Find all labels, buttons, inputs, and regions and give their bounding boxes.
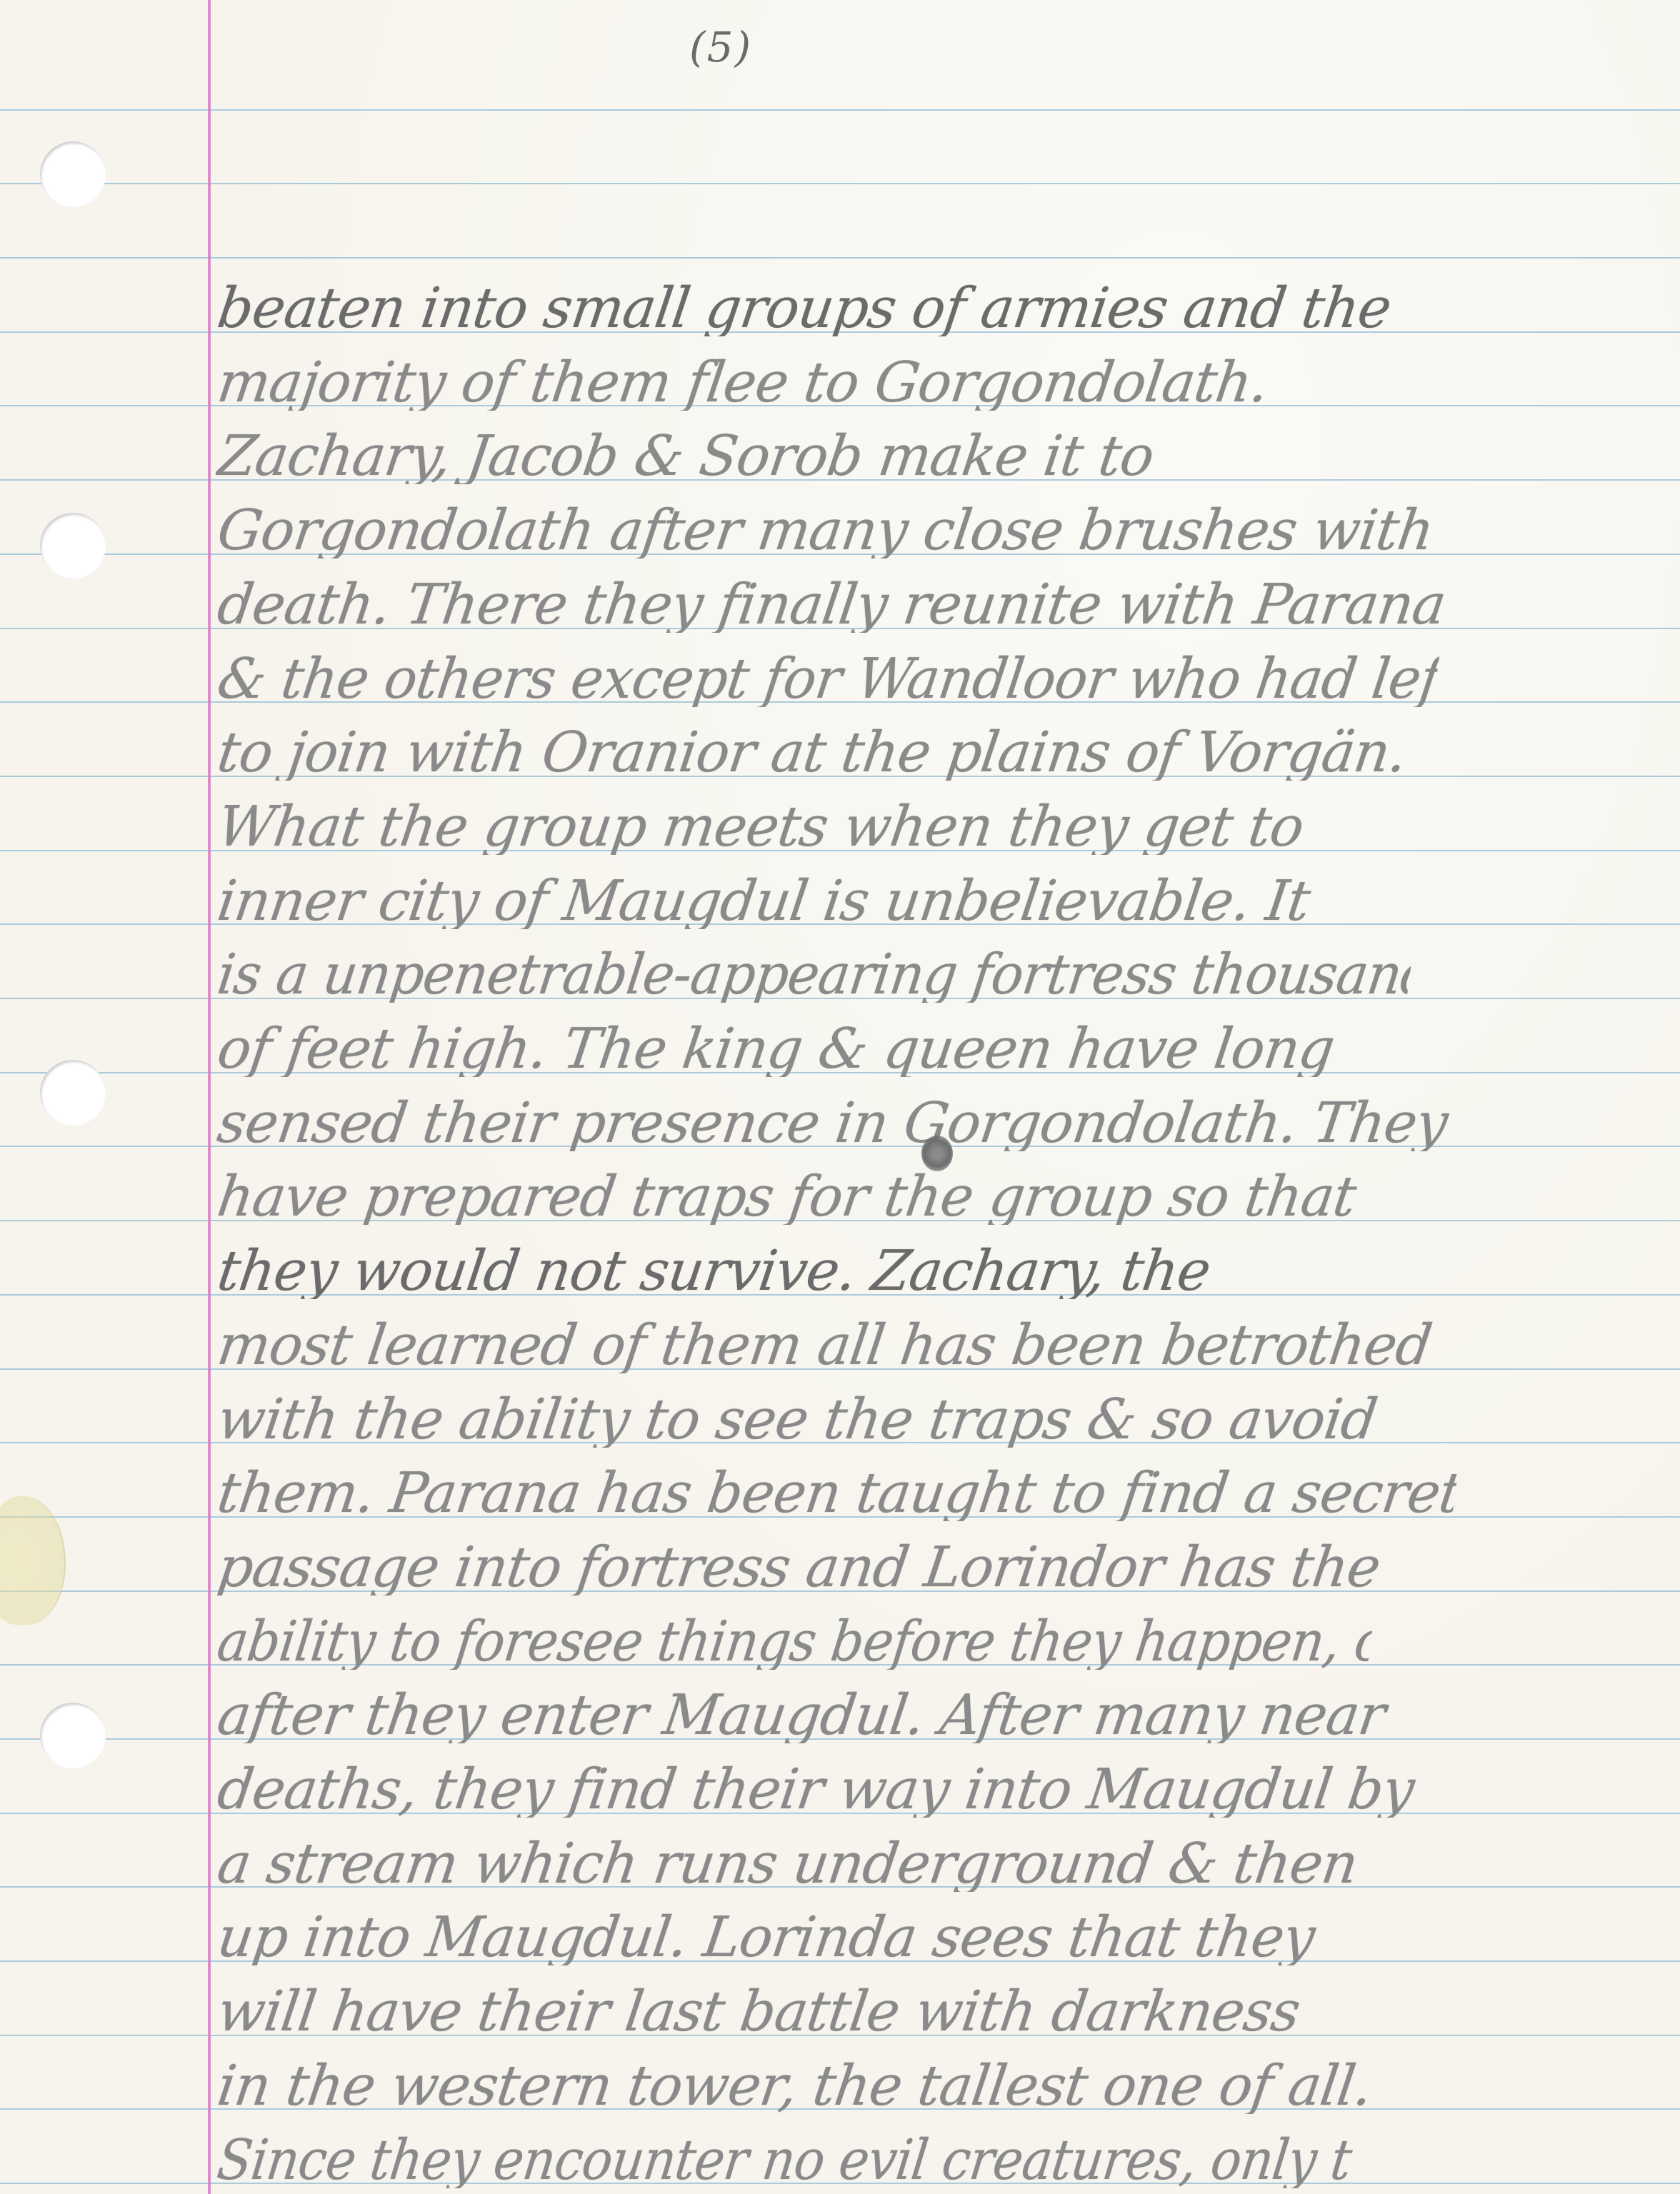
binder-hole	[40, 513, 106, 578]
text-line: they would not survive. Zachary, the	[214, 1243, 1465, 1299]
text-line: & the others except for Wandloor who had…	[214, 651, 1440, 707]
binder-hole	[40, 141, 106, 207]
text-line: them. Parana has been taught to find a s…	[214, 1466, 1459, 1521]
text-line: inner city of Maugdul is unbelievable. I…	[214, 873, 1465, 929]
text-line: with the ability to see the traps & so a…	[214, 1392, 1465, 1448]
notebook-page: (5) beaten into small groups of armies a…	[0, 0, 1680, 2194]
text-line: sensed their presence in Gorgondolath. T…	[214, 1096, 1465, 1151]
text-line: Since they encounter no evil creatures, …	[214, 2133, 1355, 2188]
margin-line	[208, 0, 211, 2194]
text-line: What the group meets when they get to	[214, 799, 1465, 855]
text-line: after they enter Maugdul. After many nea…	[214, 1688, 1465, 1743]
text-line: Gorgondolath after many close brushes wi…	[214, 503, 1465, 558]
binder-hole	[40, 1060, 106, 1126]
rule-line	[0, 109, 1680, 111]
binder-hole	[40, 1703, 106, 1768]
water-stain	[0, 1496, 66, 1625]
pencil-smudge	[921, 1136, 953, 1171]
text-line: up into Maugdul. Lorinda sees that they	[214, 1910, 1465, 1965]
text-line: beaten into small groups of armies and t…	[214, 281, 1465, 336]
text-line: most learned of them all has been betrot…	[214, 1318, 1465, 1373]
text-line: a stream which runs underground & then	[214, 1836, 1465, 1892]
text-line: is a unpenetrable-appearing fortress tho…	[214, 947, 1414, 1003]
text-line: death. There they finally reunite with P…	[214, 577, 1465, 633]
text-line: of feet high. The king & queen have long	[214, 1021, 1465, 1077]
text-line: deaths, they find their way into Maugdul…	[214, 1762, 1465, 1818]
page-number: (5)	[689, 23, 752, 71]
rule-line	[0, 257, 1680, 259]
text-line: have prepared traps for the group so tha…	[214, 1169, 1465, 1225]
rule-line	[0, 183, 1680, 184]
text-line: majority of them flee to Gorgondolath.	[214, 355, 1465, 411]
text-line: passage into fortress and Lorindor has t…	[214, 1540, 1465, 1596]
text-line: Zachary, Jacob & Sorob make it to	[214, 429, 1465, 484]
text-line: ability to foresee things before they ha…	[214, 1614, 1374, 1670]
text-line: to join with Oranior at the plains of Vo…	[214, 725, 1465, 781]
text-line: will have their last battle with darknes…	[214, 1984, 1465, 2040]
text-line: in the western tower, the tallest one of…	[214, 2058, 1465, 2114]
